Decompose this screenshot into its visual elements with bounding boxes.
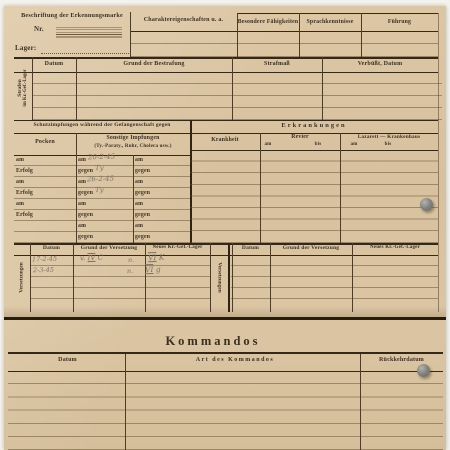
revier-am-label: am: [258, 142, 278, 148]
nr-ruled-lines: [56, 27, 122, 39]
rule: [299, 13, 300, 57]
lazarett-bis-label: bis: [378, 142, 398, 148]
rule: [76, 57, 77, 120]
handwritten-new-camp: VI K: [148, 253, 165, 262]
versetzungen-datum-header-right: Datum: [231, 245, 270, 251]
handwritten-transfer-date: 17-2-45: [32, 255, 57, 264]
revier-bis-label: bis: [308, 142, 328, 148]
rule: [30, 243, 31, 312]
strafen-strafmass-header: Strafmaß: [232, 61, 322, 68]
cell-label: am: [135, 155, 165, 166]
handwritten-vaccine-type: Ty: [95, 164, 104, 172]
strafen-verbuesst-header: Verbüßt, Datum: [322, 61, 438, 68]
beschriftung-label: Beschriftung der Erkennungsmarke: [14, 12, 130, 19]
versetzungen-side-label-middle: Versetzungen: [214, 244, 225, 312]
punch-hole-icon: [417, 364, 430, 377]
cell-label: gegen: [135, 232, 165, 243]
rule: [340, 133, 341, 243]
strafen-datum-header: Datum: [32, 61, 76, 68]
rule: [133, 155, 134, 243]
versetzungen-neues-header-left: Neues Kr.-Gef.-Lager: [145, 245, 210, 251]
handwritten-vaccination-date: 26-2-45: [87, 175, 114, 184]
fold-rule: [232, 243, 233, 312]
ruled-rows: [231, 255, 438, 300]
ruled-rows: [32, 72, 442, 120]
impfungen-sonstige-subheader: (Ty.-Paraty., Ruhr, Cholera usw.): [76, 144, 190, 150]
col-charaktereigenschaften: Charaktereigenschaften u. a.: [130, 17, 237, 24]
versetzungen-grund-header-right: Grund der Versetzung: [270, 245, 352, 251]
cell-label: Erfolg: [16, 166, 56, 177]
cell-label: am: [16, 177, 56, 188]
cell-label: am: [135, 199, 165, 210]
pow-record-card-scan: Beschriftung der Erkennungsmarke Nr. Lag…: [0, 0, 450, 450]
handwritten-vaccination-date: 20-2-45: [88, 153, 115, 162]
cell-label: am: [135, 221, 165, 232]
rule: [210, 243, 211, 312]
rule: [438, 13, 439, 312]
rule: [260, 133, 261, 243]
card-edge: [4, 317, 446, 320]
cell-label: am: [16, 155, 56, 166]
erkrankungen-revier-header: Revier: [260, 134, 340, 141]
impfungen-pocken-header: Pocken: [14, 139, 76, 146]
rule: [125, 354, 126, 450]
versetzungen-neues-header-right: Neues Kr.-Gef.-Lager: [352, 245, 438, 251]
handwritten-transfer-from: v. IV C: [80, 254, 103, 263]
rule: [73, 243, 74, 312]
punch-hole-icon: [420, 198, 433, 211]
kommandos-rueckkehr-header: Rückkehrdatum: [360, 357, 443, 364]
versetzungen-side-label-left: Versetzungen: [17, 244, 28, 312]
col-sprachkenntnisse: Sprachkenntnisse: [299, 19, 361, 26]
fold-rule: [228, 243, 230, 312]
rule: [14, 133, 190, 134]
handwritten-nach-mark: n.: [128, 256, 134, 264]
kommandos-art-header: Art des Kommandos: [125, 357, 345, 364]
lager-dotted-line: [41, 44, 129, 54]
kommandos-datum-header: Datum: [10, 357, 125, 364]
cell-label: gegen: [78, 232, 108, 243]
rule: [270, 243, 271, 312]
cell-label: gegen: [135, 210, 165, 221]
handwritten-nach-mark: n.: [127, 267, 133, 275]
cell-label: Erfolg: [16, 210, 56, 221]
rule: [352, 243, 353, 312]
erkrankungen-krankheit-header: Krankheit: [190, 137, 260, 144]
ruled-rows: [130, 31, 438, 57]
nr-label: Nr.: [34, 25, 54, 33]
handwritten-new-camp: VI g: [145, 265, 161, 274]
cell-label: gegen: [78, 210, 108, 221]
strafen-grund-header: Grund der Bestrafung: [76, 61, 232, 68]
cell-label: am: [16, 199, 56, 210]
rule: [130, 12, 131, 57]
handwritten-vaccine-type: Ty: [95, 186, 104, 194]
rule: [14, 120, 438, 122]
rule: [76, 133, 77, 243]
ruled-rows: [190, 150, 438, 243]
cell-label: gegen: [135, 188, 165, 199]
rule: [14, 57, 438, 59]
rule: [237, 13, 438, 14]
rule: [145, 243, 146, 312]
impfungen-title: Schutzimpfungen während der Gefangenscha…: [14, 122, 190, 128]
rule: [232, 57, 233, 120]
rule: [360, 354, 361, 450]
kommandos-title: Kommandos: [83, 334, 343, 348]
handwritten-transfer-date: 2-3-45: [33, 266, 54, 275]
impfungen-sonstige-header: Sonstige Impfungen: [76, 135, 190, 142]
rule: [322, 57, 323, 120]
cell-label: Erfolg: [16, 188, 56, 199]
cell-label: gegen: [135, 166, 165, 177]
erkrankungen-lazarett-header: Lazarett — Krankenhaus: [340, 134, 438, 140]
versetzungen-datum-header-left: Datum: [30, 245, 73, 251]
rule: [32, 57, 33, 120]
cell-label: am: [78, 199, 108, 210]
rule: [8, 352, 443, 354]
cell-label: am: [135, 177, 165, 188]
strafen-side-label: Strafen im Kr.-Gef.-Lager: [15, 56, 31, 120]
rule: [361, 13, 362, 57]
cell-label: am: [78, 221, 108, 232]
col-fuehrung: Führung: [361, 19, 438, 26]
fold-shadow: [4, 306, 446, 317]
versetzungen-grund-header-left: Grund der Versetzung: [73, 245, 145, 251]
rule: [237, 13, 238, 57]
ruled-rows: [8, 371, 443, 450]
lazarett-am-label: am: [344, 142, 364, 148]
erkrankungen-title: Erkrankungen: [190, 122, 438, 129]
col-besondere-faehigkeiten: Besondere Fähigkeiten: [237, 19, 299, 26]
